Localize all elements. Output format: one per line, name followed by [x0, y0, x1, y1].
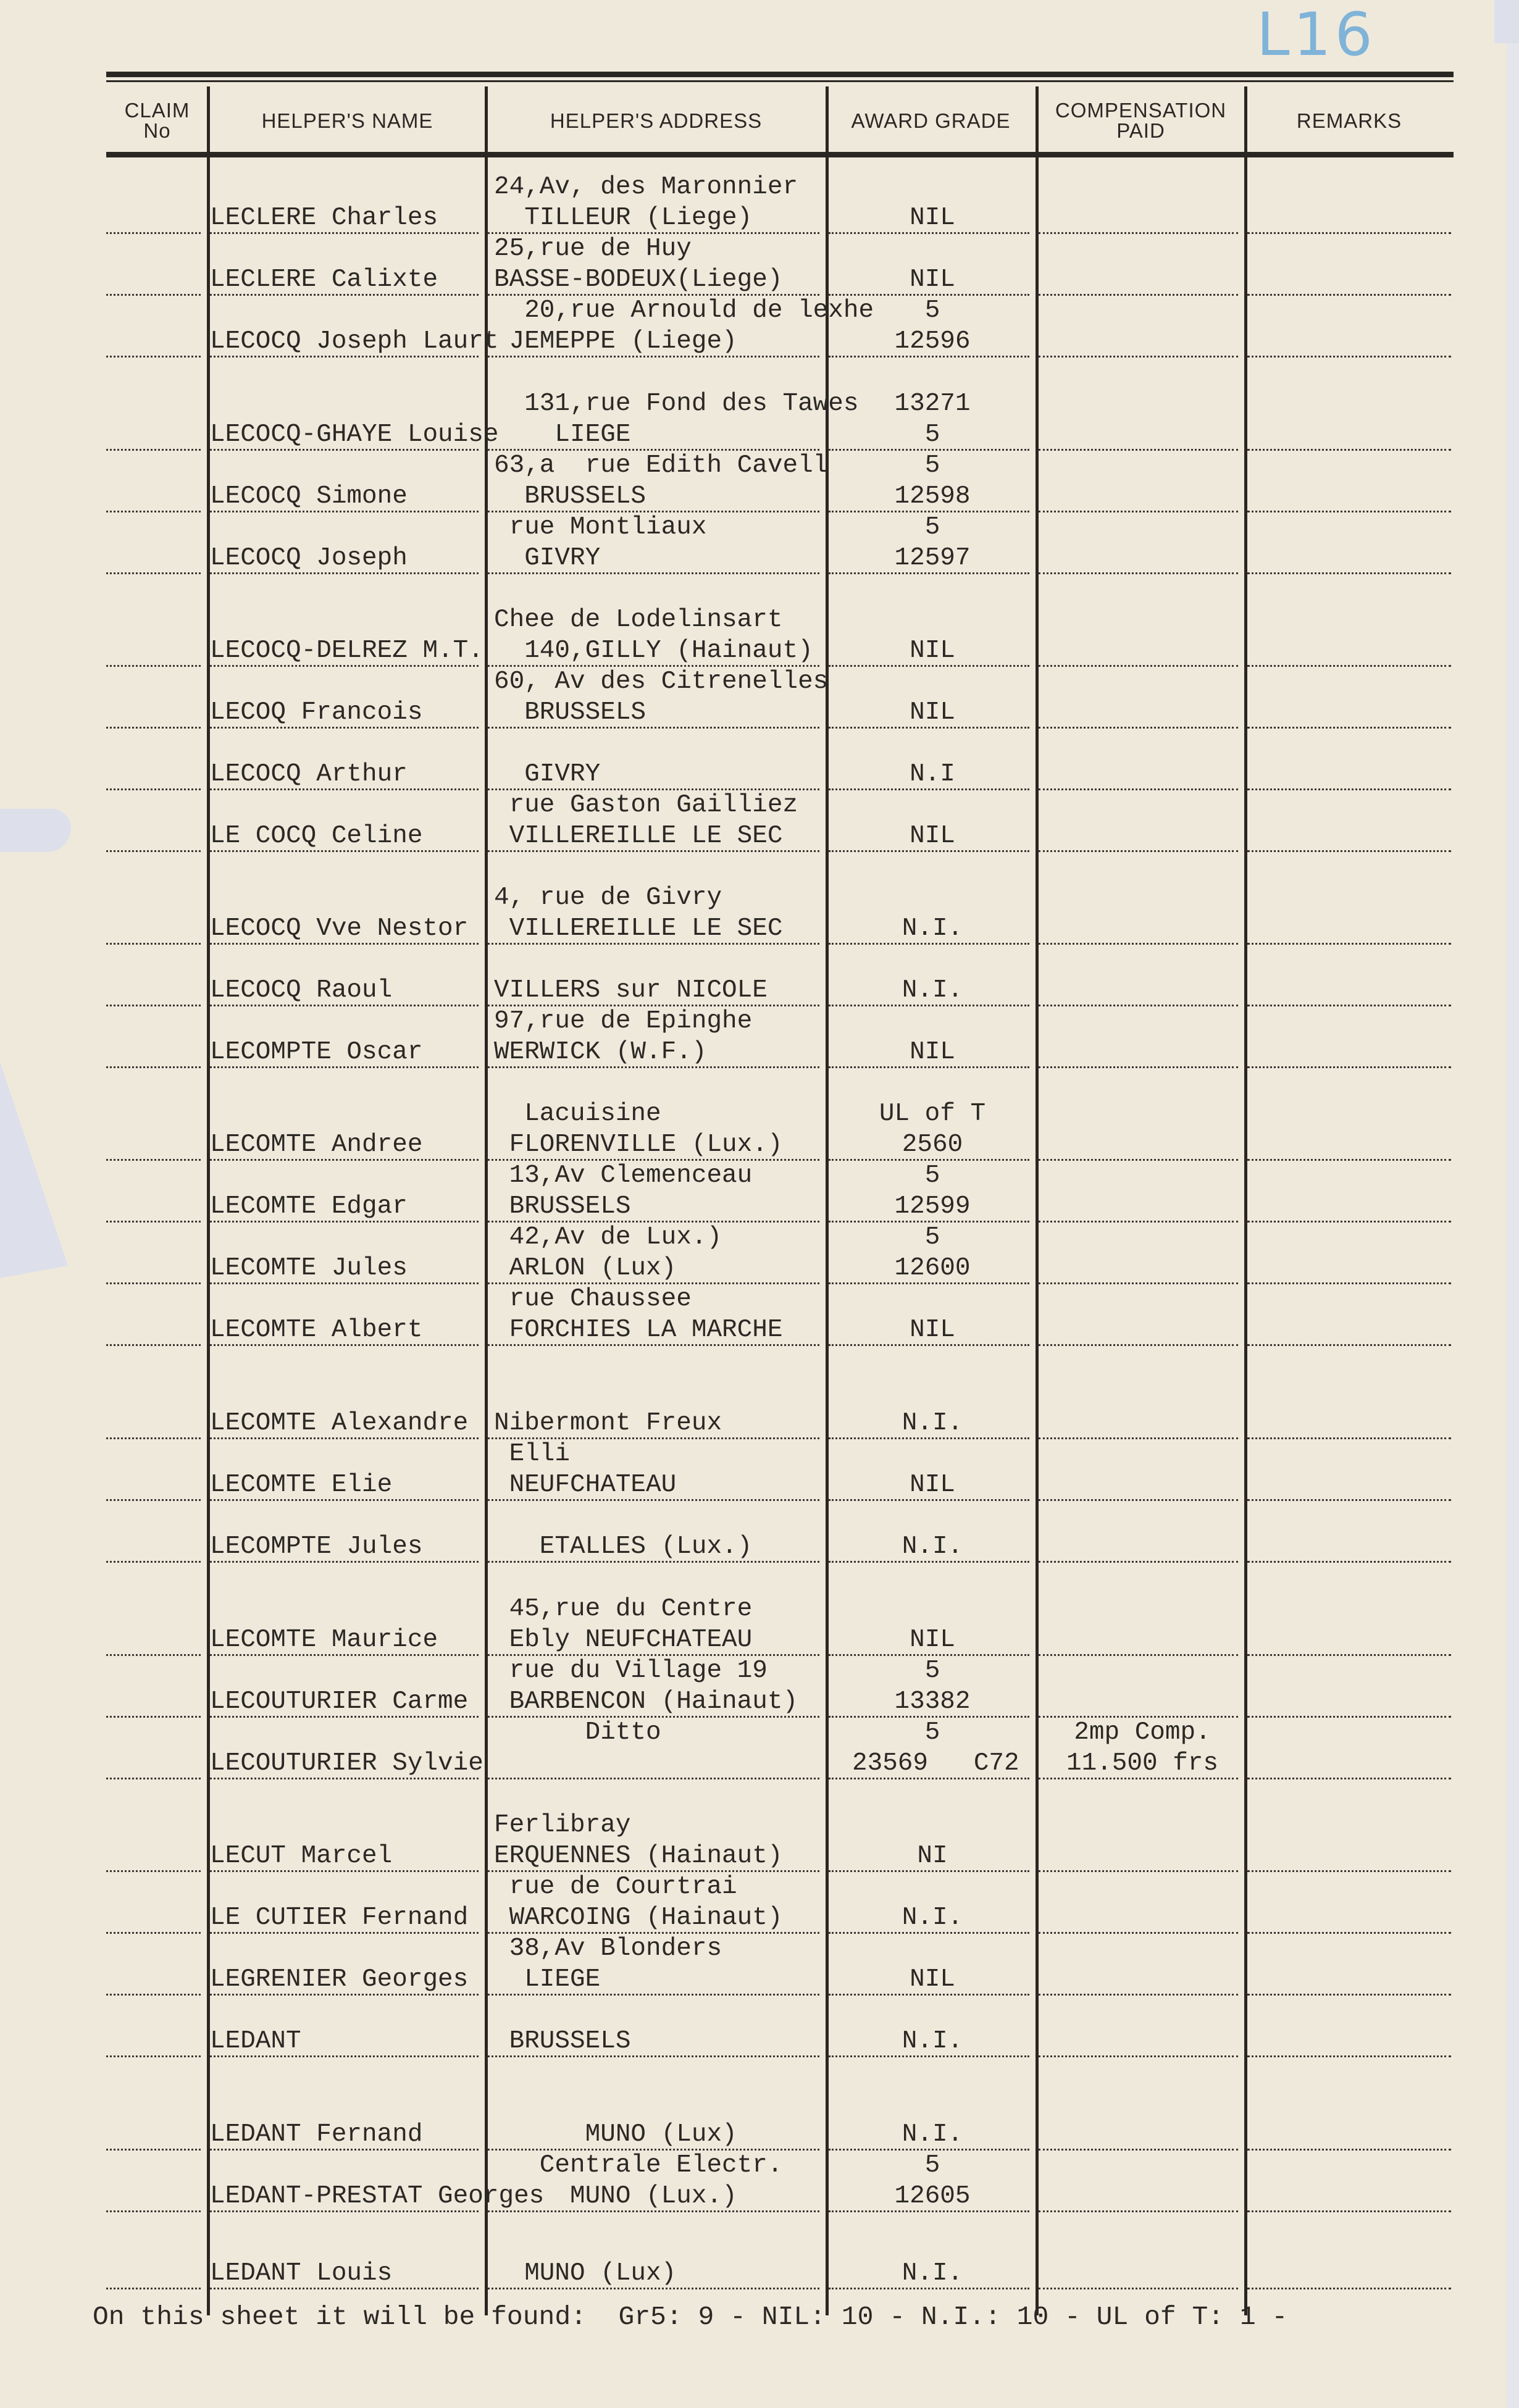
- award-grade: NIL: [852, 1964, 1013, 1995]
- helper-name: LEDANT Fernand: [210, 2119, 422, 2150]
- award-grade: 5: [852, 2150, 1013, 2181]
- helper-name: LECLERE Calixte: [210, 264, 438, 295]
- helper-address-line: Nibermont Freux: [494, 1408, 722, 1439]
- row-rule: [1039, 294, 1238, 296]
- helper-name: LECOMPTE Oscar: [210, 1037, 422, 1068]
- row-rule: [1039, 788, 1238, 790]
- column-divider: [1036, 86, 1039, 2315]
- row-rule: [106, 1499, 201, 1501]
- award-grade: 13271: [852, 388, 1013, 419]
- helper-address-line: BARBENCON (Hainaut): [494, 1686, 798, 1717]
- helper-name: LECOMTE Elie: [210, 1469, 392, 1500]
- row-rule: [1039, 665, 1238, 667]
- helper-name: LECOCQ Raoul: [210, 975, 392, 1006]
- row-rule: [1247, 1932, 1451, 1934]
- row-rule: [106, 1716, 201, 1718]
- row-rule: [1039, 2149, 1238, 2151]
- award-grade: 12600: [852, 1253, 1013, 1284]
- row-rule: [1247, 449, 1451, 451]
- row-rule: [106, 1221, 201, 1223]
- row-rule: [106, 294, 201, 296]
- row-rule: [1247, 1994, 1451, 1996]
- helper-address-line: VILLEREILLE LE SEC: [494, 821, 782, 851]
- row-rule: [106, 2288, 201, 2289]
- row-rule: [1039, 2055, 1238, 2057]
- row-rule: [1247, 1066, 1451, 1068]
- helper-name: LECOQ Francois: [210, 697, 422, 728]
- helper-name: LEDANT Louis: [210, 2258, 392, 2289]
- helper-name: LECOCQ Vve Nestor: [210, 913, 468, 944]
- helper-name: LECOMTE Alexandre: [210, 1408, 468, 1439]
- row-rule: [1039, 1994, 1238, 1996]
- award-grade: 12605: [852, 2181, 1013, 2212]
- helper-address-line: 4, rue de Givry: [494, 882, 722, 913]
- row-rule: [1039, 1066, 1238, 1068]
- row-rule: [106, 1005, 201, 1006]
- row-rule: [106, 943, 201, 945]
- row-rule: [106, 356, 201, 357]
- award-grade: NIL: [852, 264, 1013, 295]
- helper-name: LECOUTURIER Carme: [210, 1686, 468, 1717]
- helper-name: LEDANT: [210, 2026, 301, 2057]
- helper-address-line: ARLON (Lux): [494, 1253, 676, 1284]
- helper-name: LECUT Marcel: [210, 1841, 392, 1871]
- helper-address-line: BRUSSELS: [494, 481, 646, 512]
- row-rule: [106, 1561, 201, 1563]
- row-rule: [106, 1778, 201, 1779]
- helper-address-line: JEMEPPE (Liege): [494, 326, 737, 357]
- header-compensation-paid: COMPENSATION PAID: [1037, 86, 1244, 154]
- award-grade: 5: [852, 1160, 1013, 1191]
- helper-address-line: LIEGE: [494, 419, 630, 450]
- row-rule: [106, 1932, 201, 1934]
- row-rule: [106, 850, 201, 852]
- award-grade: N.I.: [852, 2258, 1013, 2289]
- award-grade: 23569 C72: [852, 1748, 1013, 1779]
- helper-address-line: 140,GILLY (Hainaut): [494, 635, 813, 666]
- helper-address-line: Lacuisine: [494, 1098, 661, 1129]
- award-grade: N.I.: [852, 913, 1013, 944]
- row-rule: [106, 1159, 201, 1161]
- row-rule: [1247, 511, 1451, 512]
- award-grade: 12596: [852, 326, 1013, 357]
- row-rule: [1039, 850, 1238, 852]
- header-top-rule: [106, 72, 1454, 77]
- helper-name: LECOCQ-DELREZ M.T.: [210, 635, 483, 666]
- helper-name: LECOMTE Edgar: [210, 1191, 408, 1222]
- award-grade: NIL: [852, 697, 1013, 728]
- helper-address-line: Ditto: [494, 1717, 661, 1748]
- row-rule: [106, 1066, 201, 1068]
- award-grade: UL of T: [852, 1098, 1013, 1129]
- helper-address-line: 63,a rue Edith Cavell: [494, 450, 828, 481]
- helper-address-line: GIVRY: [494, 543, 600, 574]
- row-rule: [1247, 788, 1451, 790]
- helper-address-line: Chee de Lodelinsart: [494, 604, 782, 635]
- award-grade: N.I.: [852, 975, 1013, 1006]
- helper-address-line: ERQUENNES (Hainaut): [494, 1841, 782, 1871]
- row-rule: [1039, 1005, 1238, 1006]
- row-rule: [1039, 232, 1238, 234]
- row-rule: [1247, 943, 1451, 945]
- row-rule: [1039, 511, 1238, 512]
- row-rule: [1247, 1344, 1451, 1346]
- helper-address-line: NEUFCHATEAU: [494, 1469, 676, 1500]
- award-grade: NIL: [852, 203, 1013, 233]
- award-grade: NIL: [852, 1315, 1013, 1345]
- award-grade: 5: [852, 1717, 1013, 1748]
- row-rule: [1039, 1437, 1238, 1439]
- award-grade: 5: [852, 295, 1013, 326]
- award-grade: 2560: [852, 1129, 1013, 1160]
- award-grade: N.I.: [852, 2026, 1013, 2057]
- helper-address-line: 45,rue du Centre: [494, 1594, 752, 1624]
- helper-name: LE CUTIER Fernand: [210, 1902, 468, 1933]
- award-grade: 13382: [852, 1686, 1013, 1717]
- row-rule: [1247, 1654, 1451, 1656]
- award-grade: N.I.: [852, 1531, 1013, 1562]
- helper-address-line: rue de Courtrai: [494, 1871, 737, 1902]
- helper-name: LECOCQ Joseph: [210, 543, 408, 574]
- helper-address-line: 38,Av Blonders: [494, 1933, 722, 1964]
- row-rule: [1039, 2210, 1238, 2212]
- row-rule: [106, 2055, 201, 2057]
- helper-address-line: Ferlibray: [494, 1810, 630, 1841]
- helper-address-line: 13,Av Clemenceau: [494, 1160, 752, 1191]
- row-rule: [1247, 2149, 1451, 2151]
- helper-address-line: BRUSSELS: [494, 1191, 630, 1222]
- row-rule: [1039, 943, 1238, 945]
- award-grade: NIL: [852, 635, 1013, 666]
- award-grade: NIL: [852, 1037, 1013, 1068]
- helper-name: LECOCQ Simone: [210, 481, 408, 512]
- award-grade: 5: [852, 1222, 1013, 1253]
- award-grade: 5: [852, 1655, 1013, 1686]
- helper-address-line: Ebly NEUFCHATEAU: [494, 1624, 752, 1655]
- helper-address-line: LIEGE: [494, 1964, 600, 1995]
- header-helper-address: HELPER'S ADDRESS: [488, 86, 824, 154]
- helper-name: LECOMTE Maurice: [210, 1624, 438, 1655]
- page-mark: L16: [1257, 0, 1376, 69]
- helper-address-line: GIVRY: [494, 759, 600, 790]
- row-rule: [106, 572, 201, 574]
- row-rule: [1039, 2288, 1238, 2289]
- row-rule: [106, 1344, 201, 1346]
- row-rule: [1039, 1561, 1238, 1563]
- row-rule: [1247, 1716, 1451, 1718]
- award-grade: N.I.: [852, 1408, 1013, 1439]
- helper-address-line: FORCHIES LA MARCHE: [494, 1315, 782, 1345]
- helper-address-line: 24,Av, des Maronnier: [494, 172, 798, 203]
- row-rule: [1247, 1282, 1451, 1284]
- row-rule: [1247, 727, 1451, 729]
- row-rule: [106, 727, 201, 729]
- row-rule: [106, 1282, 201, 1284]
- helper-name: LE COCQ Celine: [210, 821, 422, 851]
- row-rule: [1039, 1932, 1238, 1934]
- row-rule: [1247, 1870, 1451, 1872]
- row-rule: [1247, 356, 1451, 357]
- row-rule: [106, 665, 201, 667]
- row-rule: [1247, 1499, 1451, 1501]
- header-remarks: REMARKS: [1247, 86, 1451, 154]
- paper-corner-damage: [1494, 0, 1519, 43]
- helper-address-line: 20,rue Arnould de lexhe: [494, 295, 874, 326]
- row-rule: [488, 1778, 819, 1779]
- helper-name: LECOMPTE Jules: [210, 1531, 422, 1562]
- award-grade: 5: [852, 512, 1013, 543]
- helper-address-line: rue Gaston Gailliez: [494, 790, 798, 821]
- row-rule: [106, 2210, 201, 2212]
- helper-address-line: 25,rue de Huy: [494, 233, 692, 264]
- row-rule: [1039, 1221, 1238, 1223]
- helper-address-line: FLORENVILLE (Lux.): [494, 1129, 782, 1160]
- row-rule: [1247, 2288, 1451, 2289]
- row-rule: [1039, 1282, 1238, 1284]
- row-rule: [1247, 1778, 1451, 1779]
- sheet-summary: On this sheet it will be found: Gr5: 9 -…: [93, 2302, 1287, 2332]
- header-top-rule-thin: [106, 80, 1454, 82]
- row-rule: [106, 1994, 201, 1996]
- row-rule: [106, 1870, 201, 1872]
- paper-tear: [0, 1062, 68, 1278]
- award-grade: 12597: [852, 543, 1013, 574]
- row-rule: [1039, 1499, 1238, 1501]
- award-grade: NIL: [852, 821, 1013, 851]
- helper-name: LECOCQ-GHAYE Louise: [210, 419, 498, 450]
- row-rule: [1247, 1561, 1451, 1563]
- helper-address-line: 131,rue Fond des Tawes: [494, 388, 859, 419]
- row-rule: [1247, 294, 1451, 296]
- header-award-grade: AWARD GRADE: [827, 86, 1034, 154]
- helper-address-line: MUNO (Lux): [494, 2258, 676, 2289]
- helper-address-line: rue Montliaux: [494, 512, 706, 543]
- award-grade: 12598: [852, 481, 1013, 512]
- row-rule: [1039, 1870, 1238, 1872]
- helper-address-line: MUNO (Lux.): [494, 2181, 737, 2212]
- helper-name: LEGRENIER Georges: [210, 1964, 468, 1995]
- helper-address-line: WERWICK (W.F.): [494, 1037, 706, 1068]
- helper-address-line: VILLEREILLE LE SEC: [494, 913, 782, 944]
- helper-address-line: Centrale Electr.: [494, 2150, 782, 2181]
- column-divider: [1244, 86, 1247, 2315]
- helper-name: LECOMTE Albert: [210, 1315, 422, 1345]
- row-rule: [1039, 1344, 1238, 1346]
- award-grade: NIL: [852, 1469, 1013, 1500]
- header-claim-no: CLAIM No: [106, 86, 208, 154]
- row-rule: [1247, 2055, 1451, 2057]
- column-divider: [826, 86, 829, 2315]
- compensation-paid: 2mp Comp.: [1044, 1717, 1241, 1748]
- helper-address-line: BRUSSELS: [494, 2026, 630, 2057]
- helper-address-line: MUNO (Lux): [494, 2119, 737, 2150]
- row-rule: [1039, 449, 1238, 451]
- row-rule: [1247, 1221, 1451, 1223]
- helper-address-line: WARCOING (Hainaut): [494, 1902, 782, 1933]
- helper-address-line: 60, Av des Citrenelles: [494, 666, 828, 697]
- helper-address-line: Elli: [494, 1439, 570, 1469]
- row-rule: [1039, 572, 1238, 574]
- helper-address-line: VILLERS sur NICOLE: [494, 975, 768, 1006]
- award-grade: N.I.: [852, 1902, 1013, 1933]
- row-rule: [106, 788, 201, 790]
- helper-name: LECOCQ Arthur: [210, 759, 408, 790]
- row-rule: [1247, 232, 1451, 234]
- row-rule: [1247, 2210, 1451, 2212]
- award-grade: N.I: [852, 759, 1013, 790]
- row-rule: [1247, 1005, 1451, 1006]
- helper-name: LECOMTE Jules: [210, 1253, 408, 1284]
- award-grade: NI: [852, 1841, 1013, 1871]
- row-rule: [1039, 356, 1238, 357]
- helper-address-line: rue Chaussee: [494, 1284, 692, 1315]
- helper-address-line: 42,Av de Lux.): [494, 1222, 722, 1253]
- helper-name: LECOCQ Joseph Laurt: [210, 326, 498, 357]
- award-grade: 5: [852, 419, 1013, 450]
- row-rule: [1039, 727, 1238, 729]
- row-rule: [1247, 665, 1451, 667]
- row-rule: [1039, 1654, 1238, 1656]
- row-rule: [1247, 572, 1451, 574]
- helper-address-line: ETALLES (Lux.): [494, 1531, 752, 1562]
- helper-address-line: BASSE-BODEUX(Liege): [494, 264, 782, 295]
- award-grade: NIL: [852, 1624, 1013, 1655]
- award-grade: 12599: [852, 1191, 1013, 1222]
- row-rule: [106, 2149, 201, 2151]
- helper-address-line: 97,rue de Epinghe: [494, 1006, 752, 1037]
- row-rule: [1247, 1159, 1451, 1161]
- header-helper-name: HELPER'S NAME: [210, 86, 485, 154]
- row-rule: [1039, 1159, 1238, 1161]
- helper-name: LECOUTURIER Sylvie: [210, 1748, 483, 1779]
- row-rule: [1247, 1437, 1451, 1439]
- award-grade: N.I.: [852, 2119, 1013, 2150]
- helper-name: LECOMTE Andree: [210, 1129, 422, 1160]
- row-rule: [106, 1437, 201, 1439]
- row-rule: [1247, 850, 1451, 852]
- helper-address-line: rue du Village 19: [494, 1655, 768, 1686]
- helper-address-line: BRUSSELS: [494, 697, 646, 728]
- row-rule: [106, 511, 201, 512]
- helper-address-line: TILLEUR (Liege): [494, 203, 752, 233]
- row-rule: [106, 449, 201, 451]
- compensation-paid: 11.500 frs: [1044, 1748, 1241, 1779]
- row-rule: [106, 1654, 201, 1656]
- helper-name: LECLERE Charles: [210, 203, 438, 233]
- row-rule: [106, 232, 201, 234]
- paper-tear: [0, 809, 71, 852]
- award-grade: 5: [852, 450, 1013, 481]
